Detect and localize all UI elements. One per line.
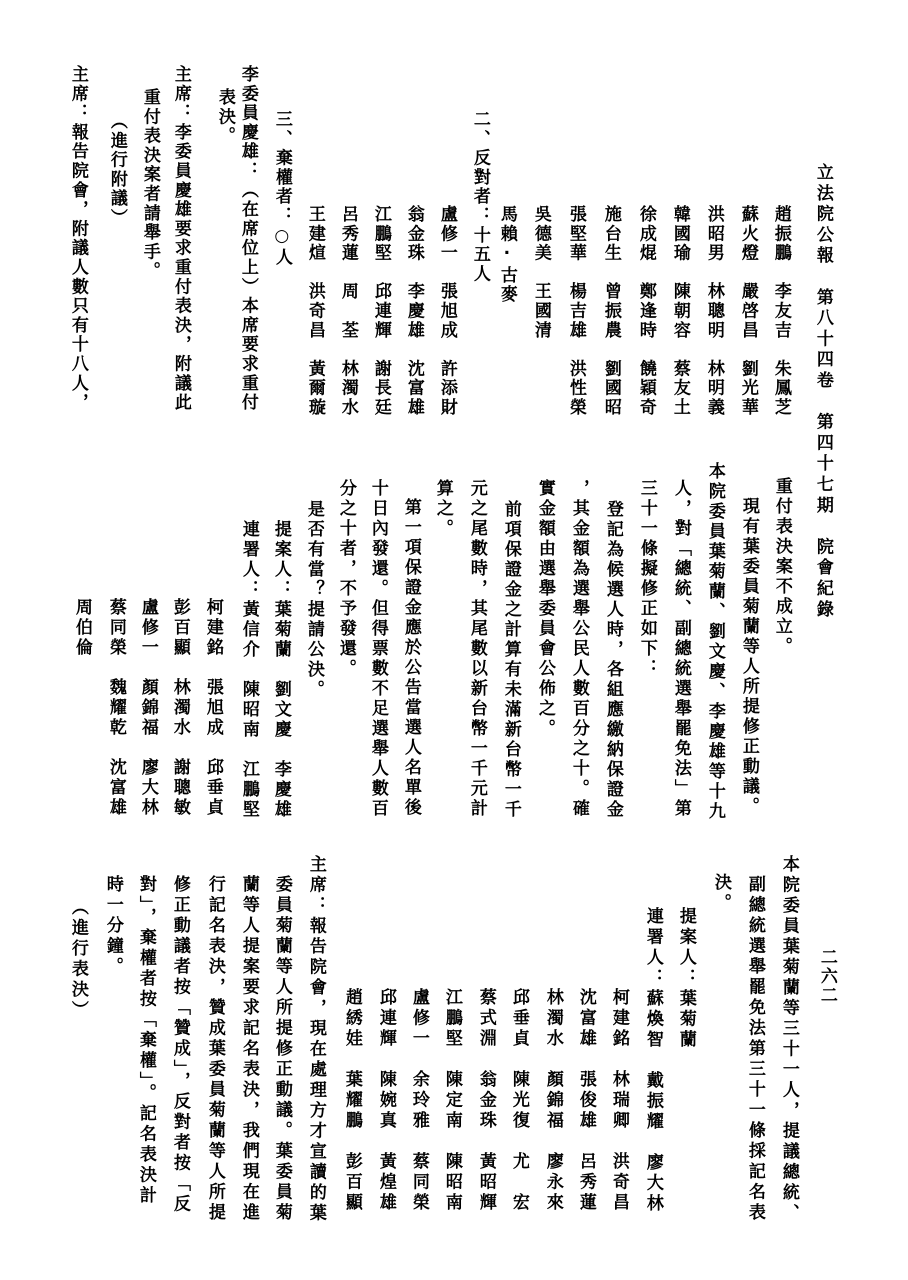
roll-call-motion-col-18: 行記名表決，贊成葉委員菊蘭等人所提 bbox=[205, 875, 223, 1224]
gazette-page: 立法院公報 第八十四卷 第四十七期 院會紀錄 二六二 趙振鵬 李友吉 朱鳳芝蘇火… bbox=[0, 0, 908, 1280]
roll-call-motion-col-19: 修正動議者按「贊成」，反對者按「反 bbox=[170, 875, 188, 1215]
roll-call-motion-col-12: 盧修一 余玲雅 蔡同榮 bbox=[409, 988, 427, 1214]
roll-call-motion-col-16: 委員菊蘭等人所提修正動議。葉委員菊 bbox=[272, 875, 290, 1224]
roll-call-motion-col-7: 沈富雄 張俊雄 呂秀蓮 bbox=[576, 988, 594, 1214]
roll-call-motion-col-2: 副總統選舉罷免法第三十一條採記名表 bbox=[745, 875, 763, 1224]
roll-call-motion-col-1: 本院委員葉菊蘭等三十一人，提議總統、 bbox=[779, 855, 797, 1224]
roll-call-motion-col-20: 對」，棄權者按「棄權」。記名表決計 bbox=[136, 875, 154, 1207]
roll-call-motion-col-14: 趙綉娃 葉耀鵬 彭百顯 bbox=[342, 988, 360, 1214]
roll-call-motion-col-8: 林濁水 顏錦福 廖永來 bbox=[543, 988, 561, 1214]
roll-call-motion-col-4: 提案人：葉菊蘭 bbox=[676, 907, 694, 1051]
roll-call-motion-col-21: 時一分鐘。 bbox=[103, 875, 121, 978]
register-roll-call-motion: 本院委員葉菊蘭等三十一人，提議總統、副總統選舉罷免法第三十一條採記名表決。提案人… bbox=[0, 0, 908, 1280]
roll-call-motion-col-15: 主席：報告院會，現在處理方才宣讀的葉 bbox=[306, 855, 324, 1224]
roll-call-motion-col-3: 決。 bbox=[711, 873, 729, 914]
roll-call-motion-col-11: 江鵬堅 陳定南 陳昭南 bbox=[442, 988, 460, 1214]
roll-call-motion-col-22: （進行表決） bbox=[68, 898, 86, 1021]
roll-call-motion-col-5: 連署人：蘇煥智 戴振耀 廖大林 bbox=[643, 907, 661, 1215]
roll-call-motion-col-17: 蘭等人提案要求記名表決，我們現在進 bbox=[239, 875, 257, 1224]
roll-call-motion-col-9: 邱垂貞 陳光復 尤 宏 bbox=[509, 988, 527, 1214]
roll-call-motion-col-6: 柯建銘 林瑞卿 洪奇昌 bbox=[609, 988, 627, 1214]
roll-call-motion-col-13: 邱連輝 陳婉真 黃煌雄 bbox=[376, 988, 394, 1214]
roll-call-motion-col-10: 蔡式淵 翁金珠 黃昭輝 bbox=[476, 988, 494, 1214]
